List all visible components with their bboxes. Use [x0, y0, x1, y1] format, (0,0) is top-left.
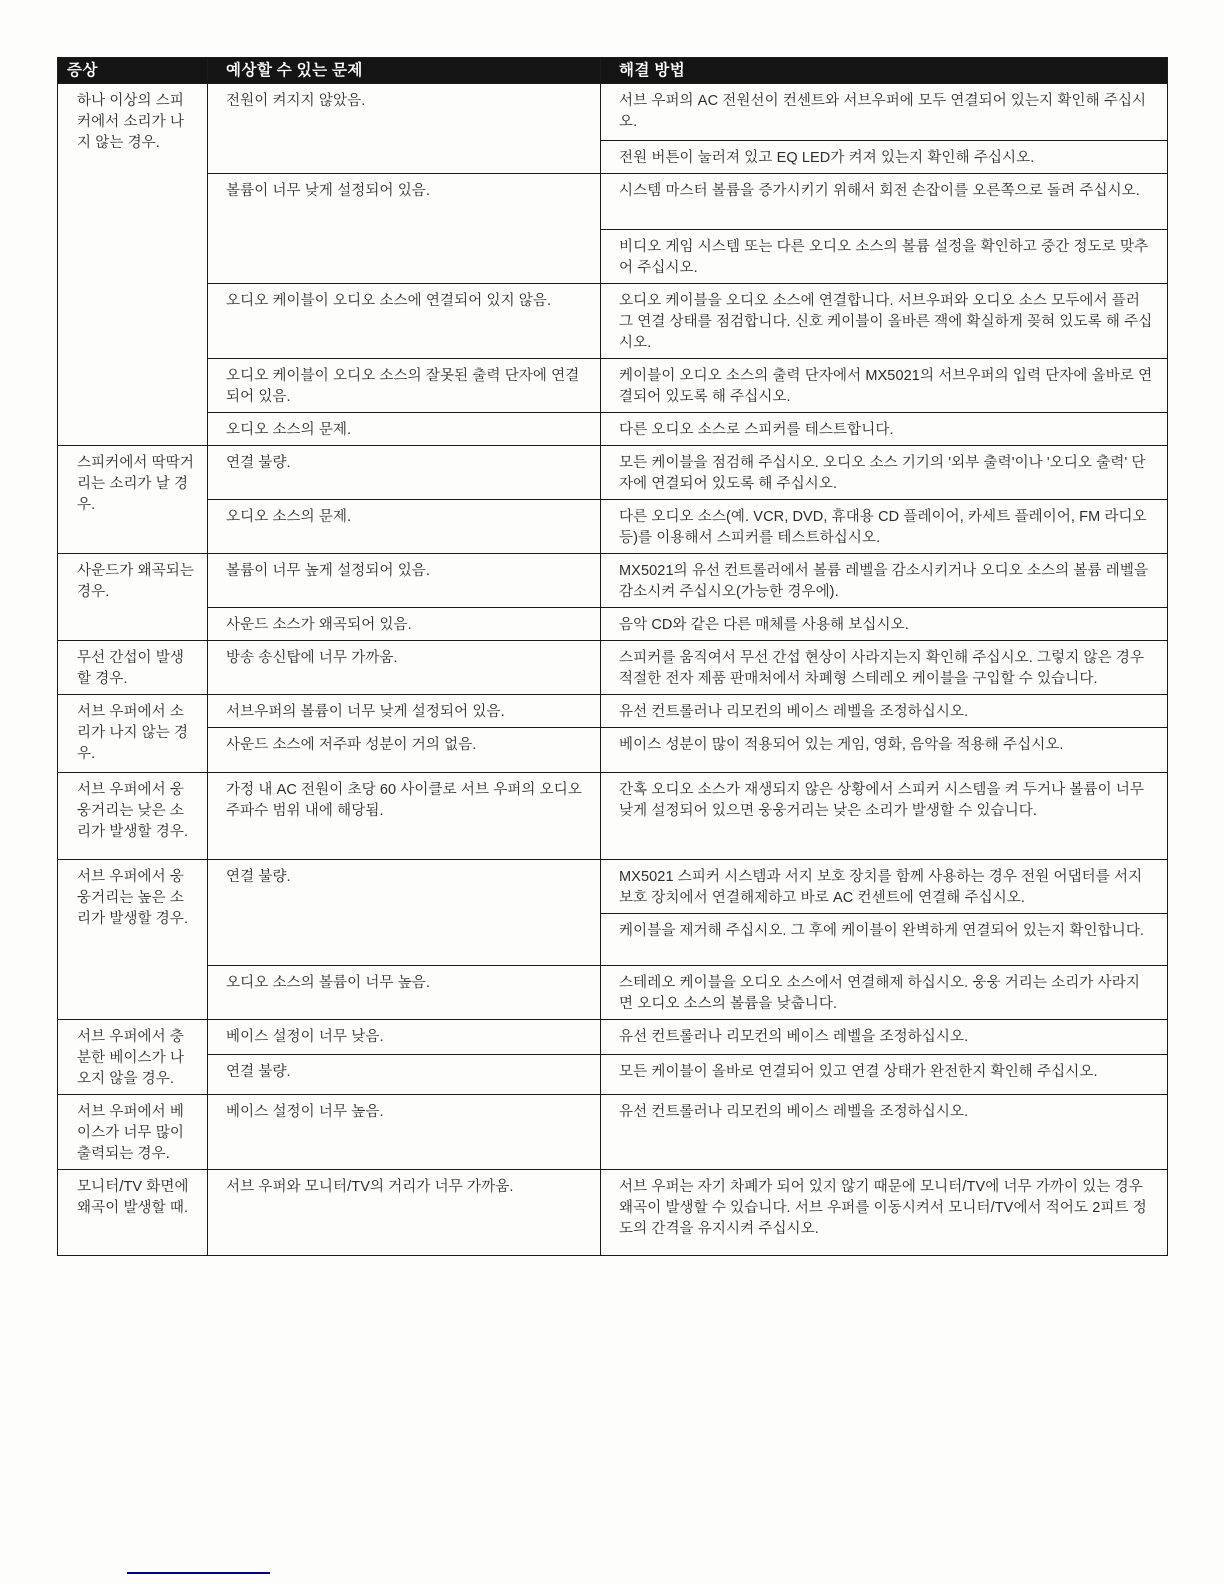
table-row: 사운드 소스가 왜곡되어 있음. 음악 CD와 같은 다른 매체를 사용해 보십…: [58, 608, 1168, 641]
table-row: 서브 우퍼에서 소리가 나지 않는 경우. 서브우퍼의 볼륨이 너무 낮게 설정…: [58, 695, 1168, 728]
solution-cell: 다른 오디오 소스로 스피커를 테스트합니다.: [601, 413, 1168, 446]
solution-cell: 음악 CD와 같은 다른 매체를 사용해 보십시오.: [601, 608, 1168, 641]
table-row: 사운드가 왜곡되는 경우. 볼륨이 너무 높게 설정되어 있음. MX5021의…: [58, 554, 1168, 608]
symptom-cell: 하나 이상의 스피커에서 소리가 나지 않는 경우.: [58, 84, 208, 446]
problem-cell: 연결 불량.: [208, 860, 601, 966]
problem-cell: 연결 불량.: [208, 446, 601, 500]
problem-cell: 오디오 케이블이 오디오 소스에 연결되어 있지 않음.: [208, 284, 601, 359]
solution-cell: 비디오 게임 시스템 또는 다른 오디오 소스의 볼륨 설정을 확인하고 중간 …: [601, 230, 1168, 284]
problem-cell: 베이스 설정이 너무 낮음.: [208, 1020, 601, 1055]
problem-cell: 가정 내 AC 전원이 초당 60 사이클로 서브 우퍼의 오디오 주파수 범위…: [208, 773, 601, 860]
problem-cell: 볼륨이 너무 낮게 설정되어 있음.: [208, 174, 601, 284]
solution-cell: 서브 우퍼의 AC 전원선이 컨센트와 서브우퍼에 모두 연결되어 있는지 확인…: [601, 84, 1168, 141]
solution-cell: MX5021 스피커 시스템과 서지 보호 장치를 함께 사용하는 경우 전원 …: [601, 860, 1168, 914]
symptom-cell: 서브 우퍼에서 충분한 베이스가 나오지 않을 경우.: [58, 1020, 208, 1095]
header-solution: 해결 방법: [601, 58, 1168, 84]
problem-cell: 사운드 소스에 저주파 성분이 거의 없음.: [208, 728, 601, 773]
solution-cell: 전원 버튼이 눌러져 있고 EQ LED가 켜져 있는지 확인해 주십시오.: [601, 141, 1168, 174]
table-header-row: 증상 예상할 수 있는 문제 해결 방법: [58, 58, 1168, 84]
solution-cell: 모든 케이블을 점검해 주십시오. 오디오 소스 기기의 '외부 출력'이나 '…: [601, 446, 1168, 500]
problem-cell: 오디오 소스의 문제.: [208, 500, 601, 554]
table-row: 서브 우퍼에서 베이스가 너무 많이 출력되는 경우. 베이스 설정이 너무 높…: [58, 1095, 1168, 1170]
solution-cell: 다른 오디오 소스(예. VCR, DVD, 휴대용 CD 플레이어, 카세트 …: [601, 500, 1168, 554]
table-row: 서브 우퍼에서 충분한 베이스가 나오지 않을 경우. 베이스 설정이 너무 낮…: [58, 1020, 1168, 1055]
problem-cell: 서브 우퍼와 모니터/TV의 거리가 너무 가까움.: [208, 1170, 601, 1256]
table-row: 오디오 케이블이 오디오 소스의 잘못된 출력 단자에 연결되어 있음. 케이블…: [58, 359, 1168, 413]
table-row: 오디오 소스의 문제. 다른 오디오 소스(예. VCR, DVD, 휴대용 C…: [58, 500, 1168, 554]
table-row: 오디오 소스의 문제. 다른 오디오 소스로 스피커를 테스트합니다.: [58, 413, 1168, 446]
table-row: 서브 우퍼에서 웅웅거리는 낮은 소리가 발생할 경우. 가정 내 AC 전원이…: [58, 773, 1168, 860]
symptom-cell: 서브 우퍼에서 웅웅거리는 높은 소리가 발생할 경우.: [58, 860, 208, 1020]
table-row: 연결 불량. 모든 케이블이 올바로 연결되어 있고 연결 상태가 완전한지 확…: [58, 1054, 1168, 1094]
solution-cell: 유선 컨트롤러나 리모컨의 베이스 레벨을 조정하십시오.: [601, 1020, 1168, 1055]
symptom-cell: 사운드가 왜곡되는 경우.: [58, 554, 208, 641]
footer-rule: [127, 1572, 270, 1574]
table-row: 오디오 소스의 볼륨이 너무 높음. 스테레오 케이블을 오디오 소스에서 연결…: [58, 966, 1168, 1020]
symptom-cell: 모니터/TV 화면에 왜곡이 발생할 때.: [58, 1170, 208, 1256]
table-row: 볼륨이 너무 낮게 설정되어 있음. 시스템 마스터 볼륨을 증가시키기 위해서…: [58, 174, 1168, 230]
solution-cell: 스테레오 케이블을 오디오 소스에서 연결해제 하십시오. 웅웅 거리는 소리가…: [601, 966, 1168, 1020]
solution-cell: 스피커를 움직여서 무선 간섭 현상이 사라지는지 확인해 주십시오. 그렇지 …: [601, 641, 1168, 695]
problem-cell: 방송 송신탑에 너무 가까움.: [208, 641, 601, 695]
solution-cell: 베이스 성분이 많이 적용되어 있는 게임, 영화, 음악을 적용해 주십시오.: [601, 728, 1168, 773]
problem-cell: 사운드 소스가 왜곡되어 있음.: [208, 608, 601, 641]
solution-cell: 모든 케이블이 올바로 연결되어 있고 연결 상태가 완전한지 확인해 주십시오…: [601, 1054, 1168, 1094]
header-symptom: 증상: [58, 58, 208, 84]
troubleshooting-table: 증상 예상할 수 있는 문제 해결 방법 하나 이상의 스피커에서 소리가 나지…: [57, 57, 1168, 1256]
solution-cell: 시스템 마스터 볼륨을 증가시키기 위해서 회전 손잡이를 오른쪽으로 돌려 주…: [601, 174, 1168, 230]
problem-cell: 연결 불량.: [208, 1054, 601, 1094]
table-row: 서브 우퍼에서 웅웅거리는 높은 소리가 발생할 경우. 연결 불량. MX50…: [58, 860, 1168, 914]
problem-cell: 오디오 케이블이 오디오 소스의 잘못된 출력 단자에 연결되어 있음.: [208, 359, 601, 413]
problem-cell: 전원이 켜지지 않았음.: [208, 84, 601, 174]
problem-cell: 서브우퍼의 볼륨이 너무 낮게 설정되어 있음.: [208, 695, 601, 728]
symptom-cell: 서브 우퍼에서 웅웅거리는 낮은 소리가 발생할 경우.: [58, 773, 208, 860]
solution-cell: 케이블이 오디오 소스의 출력 단자에서 MX5021의 서브우퍼의 입력 단자…: [601, 359, 1168, 413]
symptom-cell: 무선 간섭이 발생할 경우.: [58, 641, 208, 695]
table-row: 하나 이상의 스피커에서 소리가 나지 않는 경우. 전원이 켜지지 않았음. …: [58, 84, 1168, 141]
table-row: 오디오 케이블이 오디오 소스에 연결되어 있지 않음. 오디오 케이블을 오디…: [58, 284, 1168, 359]
table-row: 무선 간섭이 발생할 경우. 방송 송신탑에 너무 가까움. 스피커를 움직여서…: [58, 641, 1168, 695]
solution-cell: 유선 컨트롤러나 리모컨의 베이스 레벨을 조정하십시오.: [601, 695, 1168, 728]
problem-cell: 오디오 소스의 볼륨이 너무 높음.: [208, 966, 601, 1020]
solution-cell: 간혹 오디오 소스가 재생되지 않은 상황에서 스피커 시스템을 켜 두거나 볼…: [601, 773, 1168, 860]
problem-cell: 오디오 소스의 문제.: [208, 413, 601, 446]
header-problem: 예상할 수 있는 문제: [208, 58, 601, 84]
solution-cell: 유선 컨트롤러나 리모컨의 베이스 레벨을 조정하십시오.: [601, 1095, 1168, 1170]
problem-cell: 볼륨이 너무 높게 설정되어 있음.: [208, 554, 601, 608]
solution-cell: 오디오 케이블을 오디오 소스에 연결합니다. 서브우퍼와 오디오 소스 모두에…: [601, 284, 1168, 359]
solution-cell: 케이블을 제거해 주십시오. 그 후에 케이블이 완벽하게 연결되어 있는지 확…: [601, 914, 1168, 966]
manual-page: 증상 예상할 수 있는 문제 해결 방법 하나 이상의 스피커에서 소리가 나지…: [0, 0, 1224, 1584]
solution-cell: MX5021의 유선 컨트롤러에서 볼륨 레벨을 감소시키거나 오디오 소스의 …: [601, 554, 1168, 608]
table-row: 모니터/TV 화면에 왜곡이 발생할 때. 서브 우퍼와 모니터/TV의 거리가…: [58, 1170, 1168, 1256]
symptom-cell: 서브 우퍼에서 소리가 나지 않는 경우.: [58, 695, 208, 773]
symptom-cell: 스피커에서 딱딱거리는 소리가 날 경우.: [58, 446, 208, 554]
solution-cell: 서브 우퍼는 자기 차폐가 되어 있지 않기 때문에 모니터/TV에 너무 가까…: [601, 1170, 1168, 1256]
symptom-cell: 서브 우퍼에서 베이스가 너무 많이 출력되는 경우.: [58, 1095, 208, 1170]
table-row: 사운드 소스에 저주파 성분이 거의 없음. 베이스 성분이 많이 적용되어 있…: [58, 728, 1168, 773]
table-row: 스피커에서 딱딱거리는 소리가 날 경우. 연결 불량. 모든 케이블을 점검해…: [58, 446, 1168, 500]
problem-cell: 베이스 설정이 너무 높음.: [208, 1095, 601, 1170]
